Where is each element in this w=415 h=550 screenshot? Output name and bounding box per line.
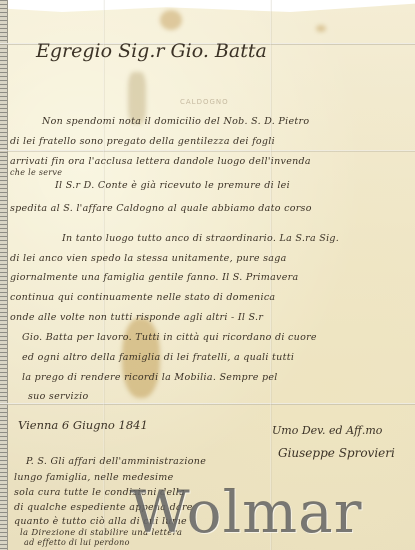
measurement-ruler [0, 0, 8, 550]
body-line: la prego di rendere ricordi la Mobilia. … [22, 372, 278, 383]
salutation: Egregio Sig.r Gio. Batta [36, 40, 267, 62]
postscript-line: ad effetto di lui perdono [24, 538, 130, 547]
body-line: ed ogni altro della famiglia di lei frat… [22, 352, 294, 363]
body-line: di lei anco vien spedo la stessa unitame… [10, 253, 287, 264]
postscript-line: P. S. Gli affari dell'amministrazione [26, 456, 206, 467]
body-line: giornalmente una famiglia gentile fanno.… [10, 272, 298, 283]
body-line: In tanto luogo tutto anco di straordinar… [62, 233, 339, 244]
body-line: di lei fratello sono pregato della genti… [10, 136, 275, 147]
body-line: onde alle volte non tutti risponde agli … [10, 312, 263, 323]
body-line: che le serve [10, 168, 62, 177]
signature: Giuseppe Sprovieri [278, 446, 395, 460]
body-line: suo servizio [28, 391, 89, 402]
body-line: spedita al S. l'affare Caldogno al quale… [10, 203, 312, 214]
water-stain [160, 10, 182, 30]
body-line: arrivati fin ora l'acclusa lettera dando… [10, 156, 311, 167]
body-line: Non spendomi nota il domicilio del Nob. … [42, 116, 309, 127]
date-line: Vienna 6 Giugno 1841 [18, 418, 148, 432]
water-stain [316, 25, 326, 32]
fold-crease [0, 150, 415, 152]
closing: Umo Dev. ed Aff.mo [272, 424, 382, 437]
body-line: Gio. Batta per lavoro. Tutti in città qu… [22, 332, 317, 343]
fold-crease [0, 403, 415, 405]
body-line: continua qui continuamente nelle stato d… [10, 292, 275, 303]
postmark-stamp: CALDOGNO [180, 98, 229, 106]
body-line: Il S.r D. Conte è già ricevuto le premur… [55, 180, 290, 191]
watermark-text: Wolmar [130, 478, 362, 546]
